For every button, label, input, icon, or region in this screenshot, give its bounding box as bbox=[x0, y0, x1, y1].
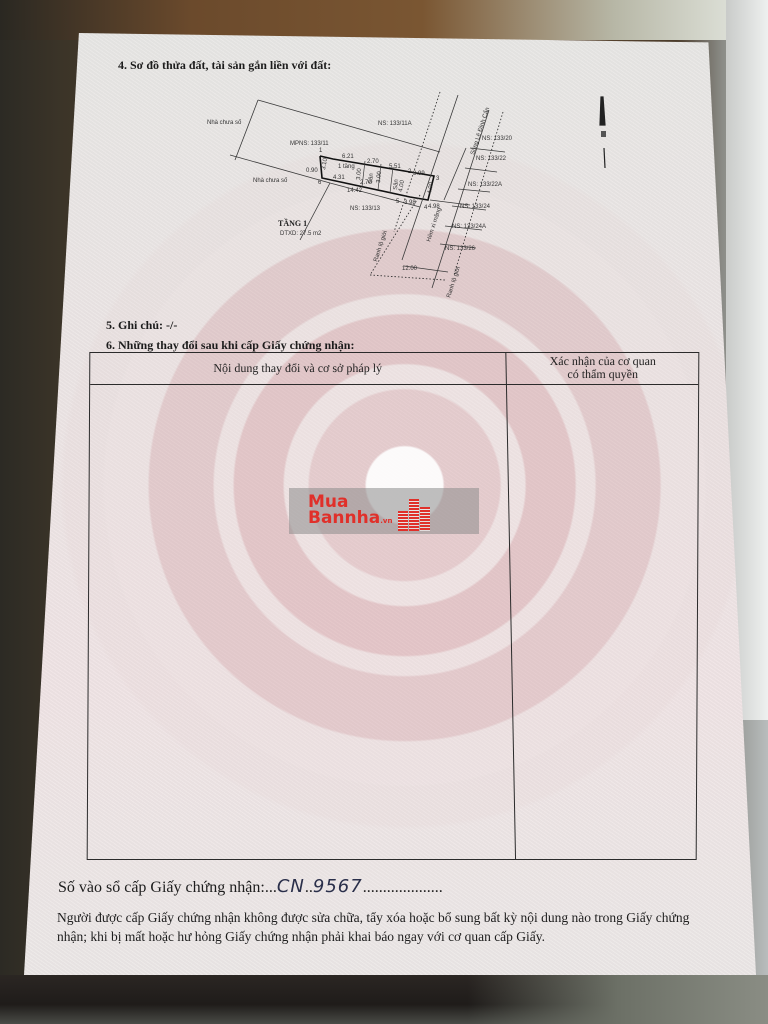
muabannha-watermark: Mua Bannha.vn bbox=[289, 488, 479, 534]
registration-label: Số vào sổ cấp Giấy chứng nhận: bbox=[58, 879, 265, 896]
dim-3-98: 3.98 bbox=[404, 200, 416, 206]
label-alley: Hẻm xi măng bbox=[426, 207, 443, 242]
label-ns-133-22: NS: 133/22 bbox=[476, 156, 507, 162]
dim-3-00-b: 3.00 bbox=[376, 170, 383, 183]
header2-line2: có thẩm quyền bbox=[507, 368, 698, 381]
watermark-line2: Bannha bbox=[308, 508, 380, 528]
dim-2-70-top: 2.70 bbox=[367, 159, 379, 165]
label-ns-133-26: NS: 133/26 bbox=[445, 246, 476, 252]
dim-6-21: 6.21 bbox=[342, 154, 354, 160]
watermark-logo-text: Mua Bannha.vn bbox=[308, 494, 392, 529]
label-ns-133-22a: NS: 133/22A bbox=[468, 182, 502, 188]
certificate-notice: Người được cấp Giấy chứng nhận không đượ… bbox=[57, 908, 717, 946]
table-header-authority-confirmation: Xác nhận của cơ quan có thẩm quyền bbox=[507, 355, 698, 381]
dim-3-00-a: 3.00 bbox=[356, 167, 363, 180]
label-river: Sông Lê Đình Cẩn bbox=[469, 106, 491, 155]
label-mpns-133-11: MPNS: 133/11 bbox=[290, 141, 329, 147]
table-header-content-changes: Nội dung thay đổi và cơ sở pháp lý bbox=[90, 362, 505, 375]
registration-prefix-handwritten: CN bbox=[277, 876, 305, 897]
section-5-notes: 5. Ghi chú: -/- bbox=[106, 318, 177, 333]
table-column-divider bbox=[505, 353, 516, 859]
dim-4-98: 4.98 bbox=[428, 204, 440, 210]
north-arrow-icon bbox=[600, 97, 606, 168]
label-ns-133-20: NS: 133/20 bbox=[482, 136, 513, 142]
dim-3-99: 3.99 bbox=[413, 171, 425, 177]
label-boundary-2: Ranh lộ giới bbox=[446, 266, 462, 299]
buildings-icon bbox=[398, 491, 430, 531]
table-header-divider bbox=[90, 384, 698, 385]
dim-12-00: 12.00 bbox=[402, 266, 418, 272]
dim-14-42: 14.42 bbox=[347, 188, 363, 194]
label-ns-133-13: NS: 133/13 bbox=[350, 206, 381, 212]
floor-title: TẦNG 1 bbox=[278, 218, 307, 228]
section-6-title: 6. Những thay đổi sau khi cấp Giấy chứng… bbox=[106, 338, 354, 353]
watermark-suffix: .vn bbox=[380, 517, 392, 525]
label-yard-a: Sân bbox=[368, 173, 375, 184]
point-1: 1 bbox=[319, 148, 323, 154]
changes-table: Nội dung thay đổi và cơ sở pháp lý Xác n… bbox=[87, 352, 700, 860]
label-ns-133-11a: NS: 133/11A bbox=[378, 121, 412, 127]
dim-0-90: 0.90 bbox=[306, 168, 318, 174]
label-nha-chua-so-bottom: Nhà chưa số bbox=[253, 178, 288, 184]
dots: ... bbox=[265, 879, 277, 896]
dim-3-10: 3.10 bbox=[321, 157, 329, 170]
dim-4-31: 4.31 bbox=[333, 175, 345, 181]
label-nha-chua-so-top: Nhà chưa số bbox=[207, 120, 242, 126]
dots: .. bbox=[305, 879, 313, 896]
dim-5-51: 5.51 bbox=[389, 164, 401, 170]
label-yard-b: Sân bbox=[393, 179, 400, 190]
point-3: 3 bbox=[436, 176, 440, 182]
registration-number-handwritten: 9567 bbox=[313, 876, 363, 897]
dots: .................... bbox=[363, 879, 443, 896]
label-ns-133-24a: NS: 133/24A bbox=[452, 224, 486, 230]
label-one-floor: 1 tầng bbox=[338, 164, 355, 170]
dim-4-00-b: 4.00 bbox=[427, 181, 435, 194]
floor-area: DTXD: 27.5 m2 bbox=[280, 231, 322, 237]
registration-number-line: Số vào sổ cấp Giấy chứng nhận:...CN..956… bbox=[58, 876, 443, 897]
point-5: 5 bbox=[396, 199, 400, 205]
label-ns-133-24: NS: 133/24 bbox=[460, 204, 491, 210]
